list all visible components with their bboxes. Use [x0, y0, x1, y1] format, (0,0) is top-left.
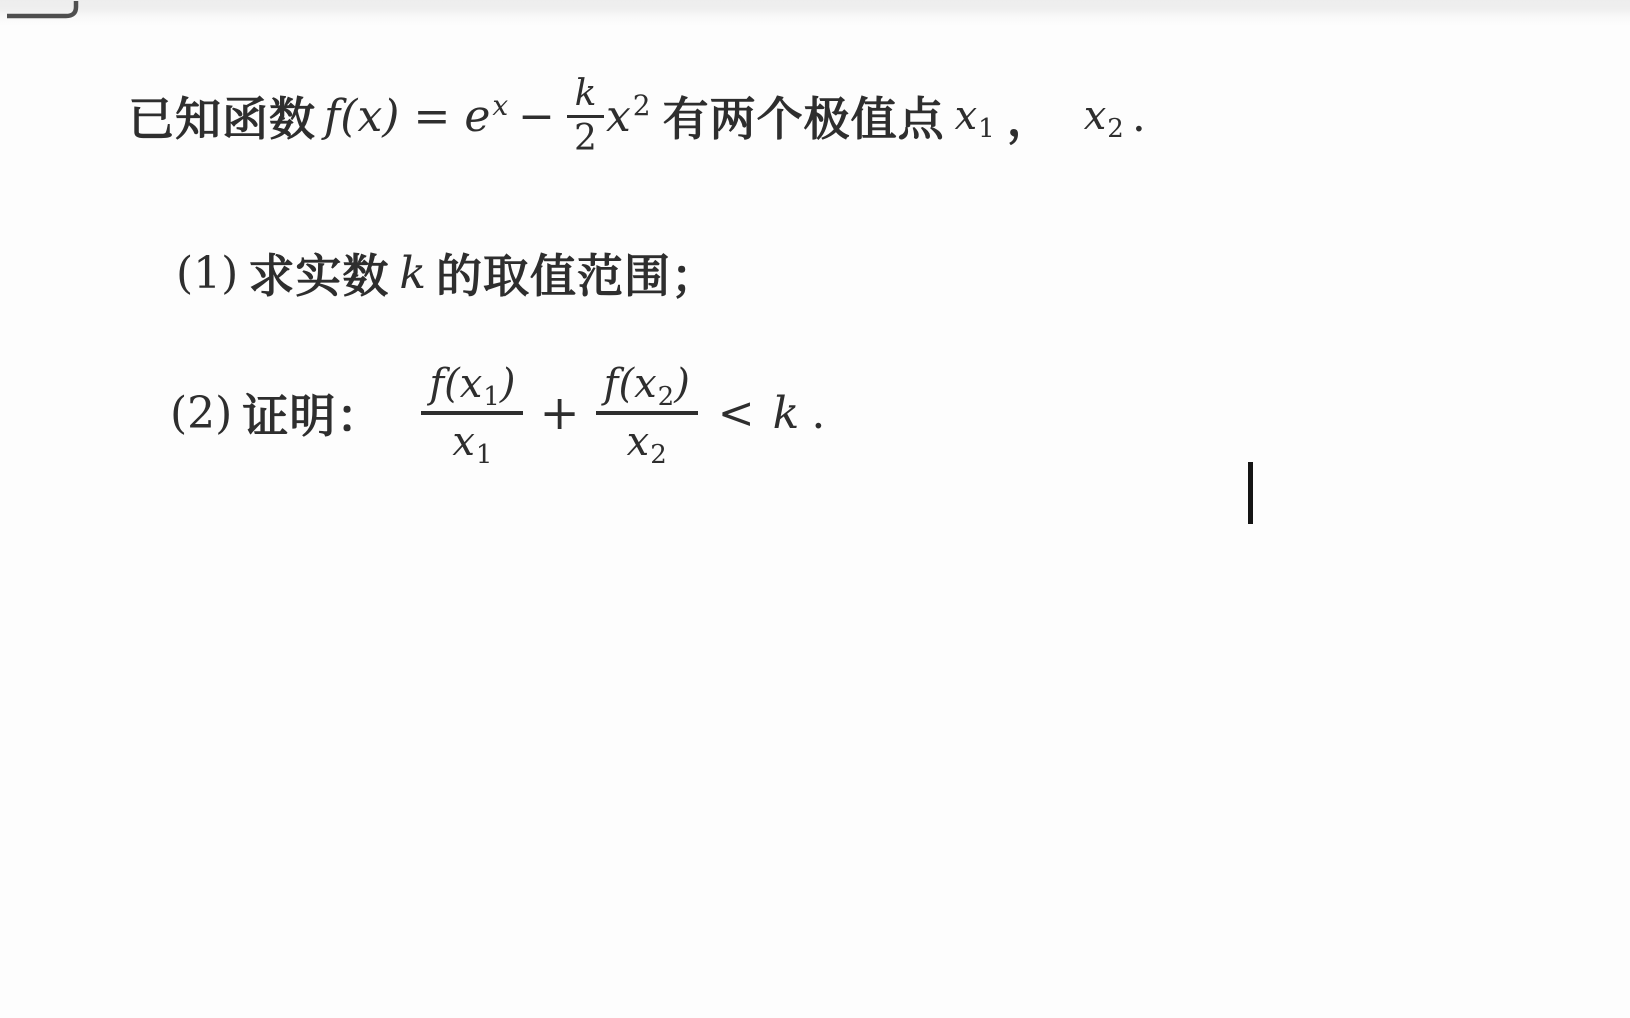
fraction-bar: [421, 411, 523, 415]
problem-statement: 已知函数 f(x) = ex − k 2 x2 有两个极值点 x1 ， x2 .: [128, 62, 1146, 170]
math-x2: x2: [1084, 93, 1124, 139]
less-than-sign: <: [718, 388, 755, 439]
question-2-label: (2): [170, 388, 232, 439]
question-1-text-after-k: 的取值范围；: [436, 240, 718, 306]
corner-stroke-mark: [0, 0, 100, 26]
math-x-squared: x2: [606, 91, 651, 142]
minus-sign: −: [518, 91, 555, 142]
equals-sign: =: [413, 91, 450, 142]
fraction-fx1-over-x1: f(x1) x1: [421, 362, 523, 464]
period: .: [1132, 91, 1146, 142]
math-k: k: [399, 248, 426, 299]
math-f-of-x: f(x): [324, 91, 399, 142]
fraction-denominator-x2: x2: [619, 420, 675, 464]
question-1-text-before-k: 求实数: [248, 240, 389, 306]
problem-intro-text: 已知函数: [128, 83, 316, 149]
fraction-denominator-x1: x1: [444, 420, 500, 464]
fullwidth-comma: ，: [1007, 83, 1054, 149]
math-x1: x1: [955, 93, 995, 139]
period: .: [811, 388, 825, 439]
question-2-prove-text: 证明：: [242, 380, 383, 446]
math-e-power-x: ex: [464, 91, 508, 142]
question-1: (1) 求实数 k 的取值范围；: [176, 238, 718, 308]
fraction-bar: [596, 411, 698, 415]
fraction-denominator-2: 2: [567, 120, 604, 158]
top-strip: [0, 0, 1630, 26]
plus-sign: +: [539, 385, 579, 441]
fraction-numerator-fx1: f(x1): [421, 362, 523, 406]
fraction-numerator-k: k: [568, 75, 604, 113]
document-page[interactable]: 已知函数 f(x) = ex − k 2 x2 有两个极值点 x1 ， x2 .…: [0, 0, 1630, 1018]
fraction-k-over-2: k 2: [567, 75, 604, 158]
question-2: (2) 证明： f(x1) x1 + f(x2) x2 < k .: [170, 347, 825, 479]
math-k: k: [773, 388, 800, 439]
fraction-numerator-fx2: f(x2): [596, 362, 698, 406]
question-1-label: (1): [176, 248, 238, 299]
text-cursor: [1248, 462, 1253, 524]
fraction-fx2-over-x2: f(x2) x2: [596, 362, 698, 464]
problem-mid-text: 有两个极值点: [663, 83, 945, 149]
